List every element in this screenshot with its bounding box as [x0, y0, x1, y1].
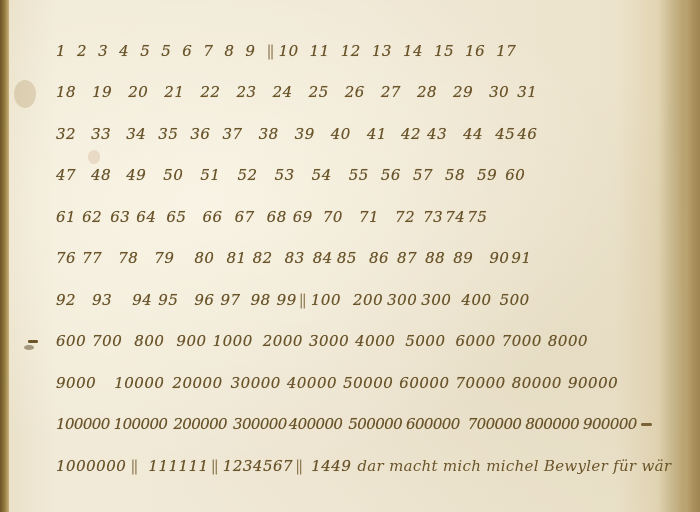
numeral: 37: [222, 125, 242, 143]
numeral: 5: [161, 42, 171, 60]
numeral: 300: [387, 291, 417, 309]
numeral: 92: [56, 291, 76, 309]
numeral: 68: [267, 208, 287, 226]
numeral: 72: [395, 208, 415, 226]
left-binding-edge: [0, 0, 9, 512]
numeral-row: 1000000 || 111111 || 1234567 || 1449 dar…: [56, 445, 656, 487]
numeral: 12: [341, 42, 361, 60]
numeral: 16: [465, 42, 485, 60]
numeral: 18: [56, 83, 76, 101]
numeral: 56: [381, 166, 401, 184]
numeral: 61: [56, 208, 76, 226]
manuscript-page: 1 2 3 4 5 5 6 7 8 9 || 10 11 12 13 14 15…: [0, 0, 700, 512]
numeral: 51: [200, 166, 220, 184]
numeral: 36: [190, 125, 210, 143]
numeral: 700000: [468, 415, 522, 433]
numeral: 500000: [348, 415, 402, 433]
numeral: 10000: [114, 374, 164, 392]
numeral: 89: [453, 249, 473, 267]
numeral: 62: [82, 208, 102, 226]
numeral: 83: [285, 249, 305, 267]
numeral: 4: [119, 42, 129, 60]
numeral: 900000: [583, 415, 637, 433]
numeral: 30000: [231, 374, 281, 392]
numeral: 52: [237, 166, 257, 184]
numeral: 86: [369, 249, 389, 267]
numeral: 76: [56, 249, 76, 267]
numeral: 24: [273, 83, 293, 101]
numeral: 59: [477, 166, 497, 184]
numeral: 95: [158, 291, 178, 309]
numeral: 71: [359, 208, 379, 226]
numeral: 17: [496, 42, 516, 60]
numeral: 48: [91, 166, 111, 184]
numeral: 88: [425, 249, 445, 267]
numeral: 20: [128, 83, 148, 101]
numeral: 97: [220, 291, 240, 309]
numeral: 43: [427, 125, 447, 143]
numeral: 73: [423, 208, 443, 226]
numeral-row: 1 2 3 4 5 5 6 7 8 9 || 10 11 12 13 14 15…: [56, 30, 656, 72]
numeral: 15: [434, 42, 454, 60]
numeral: 5: [140, 42, 150, 60]
double-stroke-separator: ||: [211, 457, 217, 475]
numeral: 8000: [548, 332, 588, 350]
numeral: 42: [401, 125, 421, 143]
numeral: 8: [224, 42, 234, 60]
numeral: 46: [517, 125, 537, 143]
numeral: 29: [453, 83, 473, 101]
numeral: 100000: [114, 415, 168, 433]
numeral: 54: [312, 166, 332, 184]
numeral: 70000: [456, 374, 506, 392]
numeral: 53: [275, 166, 295, 184]
numeral: 7: [203, 42, 213, 60]
numeral: 33: [91, 125, 111, 143]
numeral: 66: [202, 208, 222, 226]
numeral: 45: [495, 125, 515, 143]
numeral-row: 47 48 49 50 51 52 53 54 55 56 57 58 59 6…: [56, 155, 656, 197]
numeral: 20000: [172, 374, 222, 392]
numeral: 9: [245, 42, 255, 60]
numeral: 100: [311, 291, 341, 309]
numeral: 60: [505, 166, 525, 184]
right-page-edge: [678, 0, 700, 512]
numeral: 600000: [406, 415, 460, 433]
numeral: 50000: [343, 374, 393, 392]
numeral: 19: [92, 83, 112, 101]
numeral: 22: [200, 83, 220, 101]
numeral: 27: [381, 83, 401, 101]
numeral: 700: [92, 332, 122, 350]
numeral: 9000: [56, 374, 96, 392]
numeral: 79: [154, 249, 174, 267]
numeral: 11: [310, 42, 330, 60]
numeral: 93: [92, 291, 112, 309]
numeral: 90000: [568, 374, 618, 392]
numeral: 85: [337, 249, 357, 267]
numeral: 55: [349, 166, 369, 184]
numeral: 75: [467, 208, 487, 226]
numeral: 63: [110, 208, 130, 226]
numeral: 5000: [405, 332, 445, 350]
numeral: 800: [134, 332, 164, 350]
numeral: 80000: [512, 374, 562, 392]
numeral: 2000: [263, 332, 303, 350]
numeral: 400: [461, 291, 491, 309]
numeral: 500: [500, 291, 530, 309]
double-stroke-separator: ||: [130, 457, 136, 475]
numeral: 91: [511, 249, 531, 267]
numeral: 31: [517, 83, 537, 101]
numeral: 49: [126, 166, 146, 184]
numeral: 58: [445, 166, 465, 184]
numeral: 74: [445, 208, 465, 226]
numeral: 300000: [233, 415, 287, 433]
double-stroke-separator: ||: [266, 42, 272, 60]
colophon-text: dar macht mich michel Bewyler für wär: [357, 457, 671, 475]
numeral: 65: [166, 208, 186, 226]
numeral: 1: [56, 42, 66, 60]
numeral: 87: [397, 249, 417, 267]
numeral: 60000: [399, 374, 449, 392]
numeral: 99: [277, 291, 297, 309]
numeral: 400000: [289, 415, 343, 433]
numeral: 200: [353, 291, 383, 309]
numeral: 80: [194, 249, 214, 267]
numeral: 4000: [355, 332, 395, 350]
numeral: 10: [279, 42, 299, 60]
numeral: 200000: [173, 415, 227, 433]
numeral: 1000000: [56, 457, 126, 475]
stain: [24, 345, 34, 350]
numeral: 35: [158, 125, 178, 143]
numeral: 94: [132, 291, 152, 309]
numeral: 84: [313, 249, 333, 267]
numeral-row: 61 62 63 64 65 66 67 68 69 70 71 72 73 7…: [56, 196, 656, 238]
numeral: 800000: [525, 415, 579, 433]
numeral: 7000: [502, 332, 542, 350]
numeral: 77: [82, 249, 102, 267]
numeral: 90: [489, 249, 509, 267]
numeral: 69: [293, 208, 313, 226]
numeral-row: 92 93 94 95 96 97 98 99 || 100 200 300 3…: [56, 279, 656, 321]
numeral: 23: [236, 83, 256, 101]
numeral: 82: [253, 249, 273, 267]
stain: [14, 80, 36, 108]
double-stroke-separator: ||: [299, 291, 305, 309]
numeral: 3000: [309, 332, 349, 350]
numeral: 28: [417, 83, 437, 101]
numeral-row: 9000 10000 20000 30000 40000 50000 60000…: [56, 362, 656, 404]
numeral-table: 1 2 3 4 5 5 6 7 8 9 || 10 11 12 13 14 15…: [56, 30, 656, 487]
numeral-row: 18 19 20 21 22 23 24 25 26 27 28 29 30 3…: [56, 72, 656, 114]
numeral-row: 32 33 34 35 36 37 38 39 40 41 42 43 44 4…: [56, 113, 656, 155]
numeral: 21: [164, 83, 184, 101]
numeral: 6: [182, 42, 192, 60]
numeral: 40000: [287, 374, 337, 392]
numeral: 100000: [56, 415, 110, 433]
numeral: 50: [163, 166, 183, 184]
numeral: 70: [323, 208, 343, 226]
numeral: 111111: [148, 457, 208, 475]
numeral: 40: [331, 125, 351, 143]
numeral: 14: [403, 42, 423, 60]
numeral: 57: [413, 166, 433, 184]
numeral: 78: [118, 249, 138, 267]
numeral: 81: [226, 249, 246, 267]
numeral: 38: [259, 125, 279, 143]
numeral: 34: [126, 125, 146, 143]
double-stroke-separator: ||: [295, 457, 301, 475]
numeral: 96: [194, 291, 214, 309]
margin-dash-mark: [28, 340, 38, 343]
numeral: 900: [176, 332, 206, 350]
numeral: 6000: [456, 332, 496, 350]
numeral: 98: [251, 291, 271, 309]
numeral: 44: [463, 125, 483, 143]
numeral: 41: [367, 125, 387, 143]
numeral: 300: [421, 291, 451, 309]
numeral: 64: [136, 208, 156, 226]
numeral: 67: [235, 208, 255, 226]
numeral: 26: [345, 83, 365, 101]
numeral: 30: [489, 83, 509, 101]
numeral: 2: [77, 42, 87, 60]
numeral-row: 76 77 78 79 80 81 82 83 84 85 86 87 88 8…: [56, 238, 656, 280]
numeral: 3: [98, 42, 108, 60]
numeral: 1000: [213, 332, 253, 350]
numeral: 47: [56, 166, 76, 184]
numeral: 1234567: [223, 457, 293, 475]
numeral: 39: [295, 125, 315, 143]
margin-dash-mark: [641, 423, 652, 426]
numeral: 13: [372, 42, 392, 60]
numeral: 1449: [311, 457, 351, 475]
numeral: 600: [56, 332, 86, 350]
numeral: 25: [309, 83, 329, 101]
numeral: 32: [56, 125, 76, 143]
numeral-row: 600 700 800 900 1000 2000 3000 4000 5000…: [56, 321, 656, 363]
numeral-row: 100000 100000 200000 300000 400000 50000…: [56, 404, 656, 446]
